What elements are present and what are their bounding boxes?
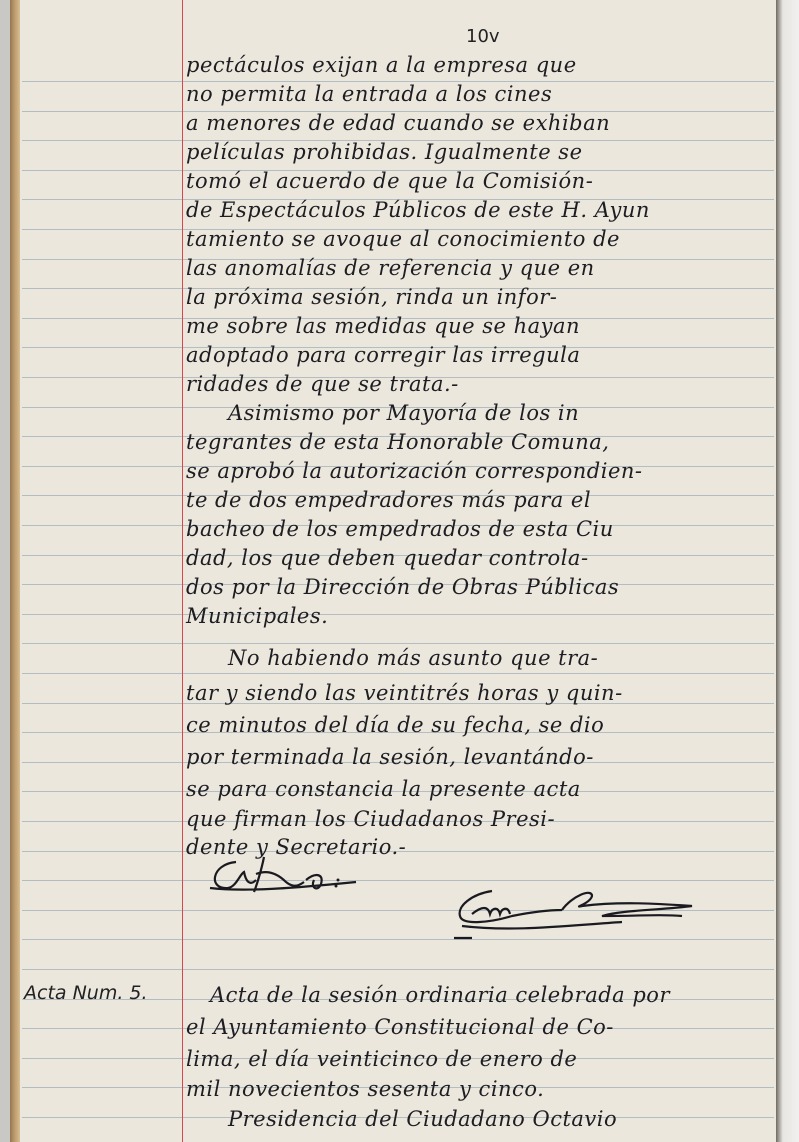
page-binding-edge — [10, 0, 20, 1142]
text-line: ridades de que se trata.- — [186, 371, 766, 397]
text-line: de Espectáculos Públicos de este H. Ayun — [186, 197, 766, 223]
ruled-line — [22, 673, 774, 674]
text-line: No habiendo más asunto que tra- — [228, 645, 799, 671]
text-line: me sobre las medidas que se hayan — [186, 313, 766, 339]
text-line: que firman los Ciudadanos Presi- — [186, 806, 766, 832]
signature-president — [206, 852, 386, 902]
margin-note-acta-number: Acta Num. 5. — [24, 982, 148, 1004]
text-line: bacheo de los empedrados de esta Ciu — [186, 516, 766, 542]
text-line: a menores de edad cuando se exhiban — [186, 110, 766, 136]
text-line: lima, el día veinticinco de enero de — [186, 1046, 766, 1072]
text-line: por terminada la sesión, levantándo- — [186, 744, 766, 770]
text-line: Asimismo por Mayoría de los in — [228, 400, 799, 426]
text-line: se para constancia la presente acta — [186, 776, 766, 802]
text-line: las anomalías de referencia y que en — [186, 255, 766, 281]
page-fore-edge — [776, 0, 799, 1142]
text-line: Presidencia del Ciudadano Octavio — [228, 1106, 799, 1132]
text-line: no permita la entrada a los cines — [186, 81, 766, 107]
text-line: adoptado para corregir las irregula — [186, 342, 766, 368]
text-line: ce minutos del día de su fecha, se dio — [186, 712, 766, 738]
text-line: tomó el acuerdo de que la Comisión- — [186, 168, 766, 194]
text-line: te de dos empedradores más para el — [186, 487, 766, 513]
ruled-line — [22, 880, 774, 881]
text-line: dos por la Dirección de Obras Públicas — [186, 574, 766, 600]
text-line: tamiento se avoque al conocimiento de — [186, 226, 766, 252]
text-line: se aprobó la autorización correspondien- — [186, 458, 766, 484]
text-line: dad, los que deben quedar controla- — [186, 545, 766, 571]
text-line: la próxima sesión, rinda un infor- — [186, 284, 766, 310]
text-line: mil novecientos sesenta y cinco. — [186, 1076, 766, 1102]
text-line: pectáculos exijan a la empresa que — [186, 52, 766, 78]
ruled-line — [22, 969, 774, 970]
text-line: Municipales. — [186, 603, 766, 629]
text-line: tegrantes de esta Honorable Comuna, — [186, 429, 766, 455]
text-line: tar y siendo las veintitrés horas y quin… — [186, 680, 766, 706]
red-margin-line — [182, 0, 183, 1142]
text-line: el Ayuntamiento Constitucional de Co- — [186, 1014, 766, 1040]
text-line: películas prohibidas. Igualmente se — [186, 139, 766, 165]
text-line: Acta de la sesión ordinaria celebrada po… — [210, 982, 790, 1008]
signature-secretary — [452, 886, 702, 946]
page-number: 10v — [466, 26, 500, 47]
